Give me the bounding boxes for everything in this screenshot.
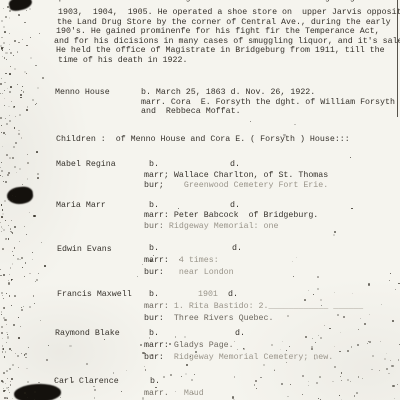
child-burial-line: bur: Ridgeway Memorial Cemetery; new. xyxy=(144,353,333,363)
child-name: Carl Clarence xyxy=(54,377,119,387)
child-burial-line: bur: near London xyxy=(144,268,234,278)
marriage-label: marr. xyxy=(144,389,169,398)
child-birth-label: b. xyxy=(149,160,159,170)
child-marriage-line: marr: 4 times: xyxy=(144,256,219,266)
child-marriage-line: marr: Peter Babcock of Bridgeburg. xyxy=(144,211,318,221)
child-burial-line: bur; Greenwood Cemetery Fort Erie. xyxy=(144,181,328,191)
marriage-value: 4 times: xyxy=(169,256,219,265)
child-burial-line: bur: Three Rivers Quebec. xyxy=(144,314,273,324)
marriage-value: 1. Rita Bastido: 2.____________ ______ xyxy=(169,302,363,311)
paragraph-line: He held the office of Magistrate in Brid… xyxy=(56,46,385,56)
marriage-label: marr; xyxy=(144,171,169,180)
child-name: Francis Maxwell xyxy=(57,290,132,300)
paragraph-line: time of his death in 1922. xyxy=(58,56,187,66)
paragraph-line: quent times and was the Magistrate in th… xyxy=(56,0,400,4)
child-marriage-line: marr. Maud xyxy=(144,389,204,399)
child-death-label: d. xyxy=(230,201,240,211)
burial-value: Ridgeway Memorial: one xyxy=(164,222,279,231)
burial-label: bur: xyxy=(144,222,164,231)
marriage-label: marr: xyxy=(144,341,169,350)
child-birth-label: b. xyxy=(149,329,159,339)
scan-edge-line xyxy=(397,0,399,117)
marriage-value: Peter Babcock of Bridgeburg. xyxy=(169,211,318,220)
subject-marriage-line: marr. Cora E. Forsyth the dght. of Willi… xyxy=(141,98,400,108)
burial-value: Greenwood Cemetery Fort Erie. xyxy=(164,181,328,190)
scanned-document: quent times and was the Magistrate in th… xyxy=(0,0,400,400)
child-death-label: d. xyxy=(235,329,245,339)
child-marriage-line: marr: 1. Rita Bastido: 2.____________ __… xyxy=(144,302,363,312)
child-name: Raymond Blake xyxy=(55,329,120,339)
child-birth-label: b. xyxy=(150,377,160,387)
subject-name: Menno House xyxy=(55,88,110,98)
child-name: Mabel Regina xyxy=(56,160,116,170)
marriage-label: marr: xyxy=(144,256,169,265)
burial-label: bur: xyxy=(144,353,164,362)
burial-label: bur; xyxy=(144,181,164,190)
child-name: Edwin Evans xyxy=(57,245,112,255)
child-birth-label: b. xyxy=(149,244,159,254)
child-burial-line: bur: Ridgeway Memorial: one xyxy=(144,222,278,232)
paragraph-line: 190's. He gained prominenfe for his figh… xyxy=(56,27,380,37)
paragraph-line: 1903, 1904, 1905. He operated a shoe sto… xyxy=(58,8,400,18)
marriage-label: marr: xyxy=(144,302,169,311)
burial-label: bur: xyxy=(144,268,164,277)
marriage-label: marr: xyxy=(144,211,169,220)
marriage-value: Gladys Page. xyxy=(169,341,234,350)
child-marriage-line: marr; Wallace Charlton, of St. Thomas xyxy=(144,171,328,181)
child-birth-label: b. xyxy=(149,201,159,211)
child-birth-label: b. xyxy=(149,290,159,300)
subject-vitals: b. March 25, 1863 d. Nov. 26, 1922. xyxy=(141,88,315,98)
child-death-label: d. xyxy=(232,244,242,254)
burial-value: Ridgeway Memorial Cemetery; new. xyxy=(164,353,333,362)
burial-value: Three Rivers Quebec. xyxy=(164,314,274,323)
paragraph-line: the Land Drug Store by the corner of Cen… xyxy=(57,18,391,28)
document-text-layer: quent times and was the Magistrate in th… xyxy=(0,0,400,400)
subject-marriage-line: and Rebbeca Moffat. xyxy=(141,107,241,117)
child-name: Maria Marr xyxy=(56,201,106,211)
child-birth-year: 1901 xyxy=(198,290,218,300)
paragraph-line: and for his dicisions in many cases of s… xyxy=(54,37,400,47)
child-marriage-line: marr: Gladys Page. xyxy=(144,341,234,351)
child-death-label: d. xyxy=(228,290,238,300)
children-heading: Children : of Menno House and Cora E. ( … xyxy=(56,135,350,145)
child-death-label: d. xyxy=(230,160,240,170)
marriage-value: Wallace Charlton, of St. Thomas xyxy=(169,171,328,180)
burial-value: near London xyxy=(164,268,234,277)
burial-label: bur: xyxy=(144,314,164,323)
